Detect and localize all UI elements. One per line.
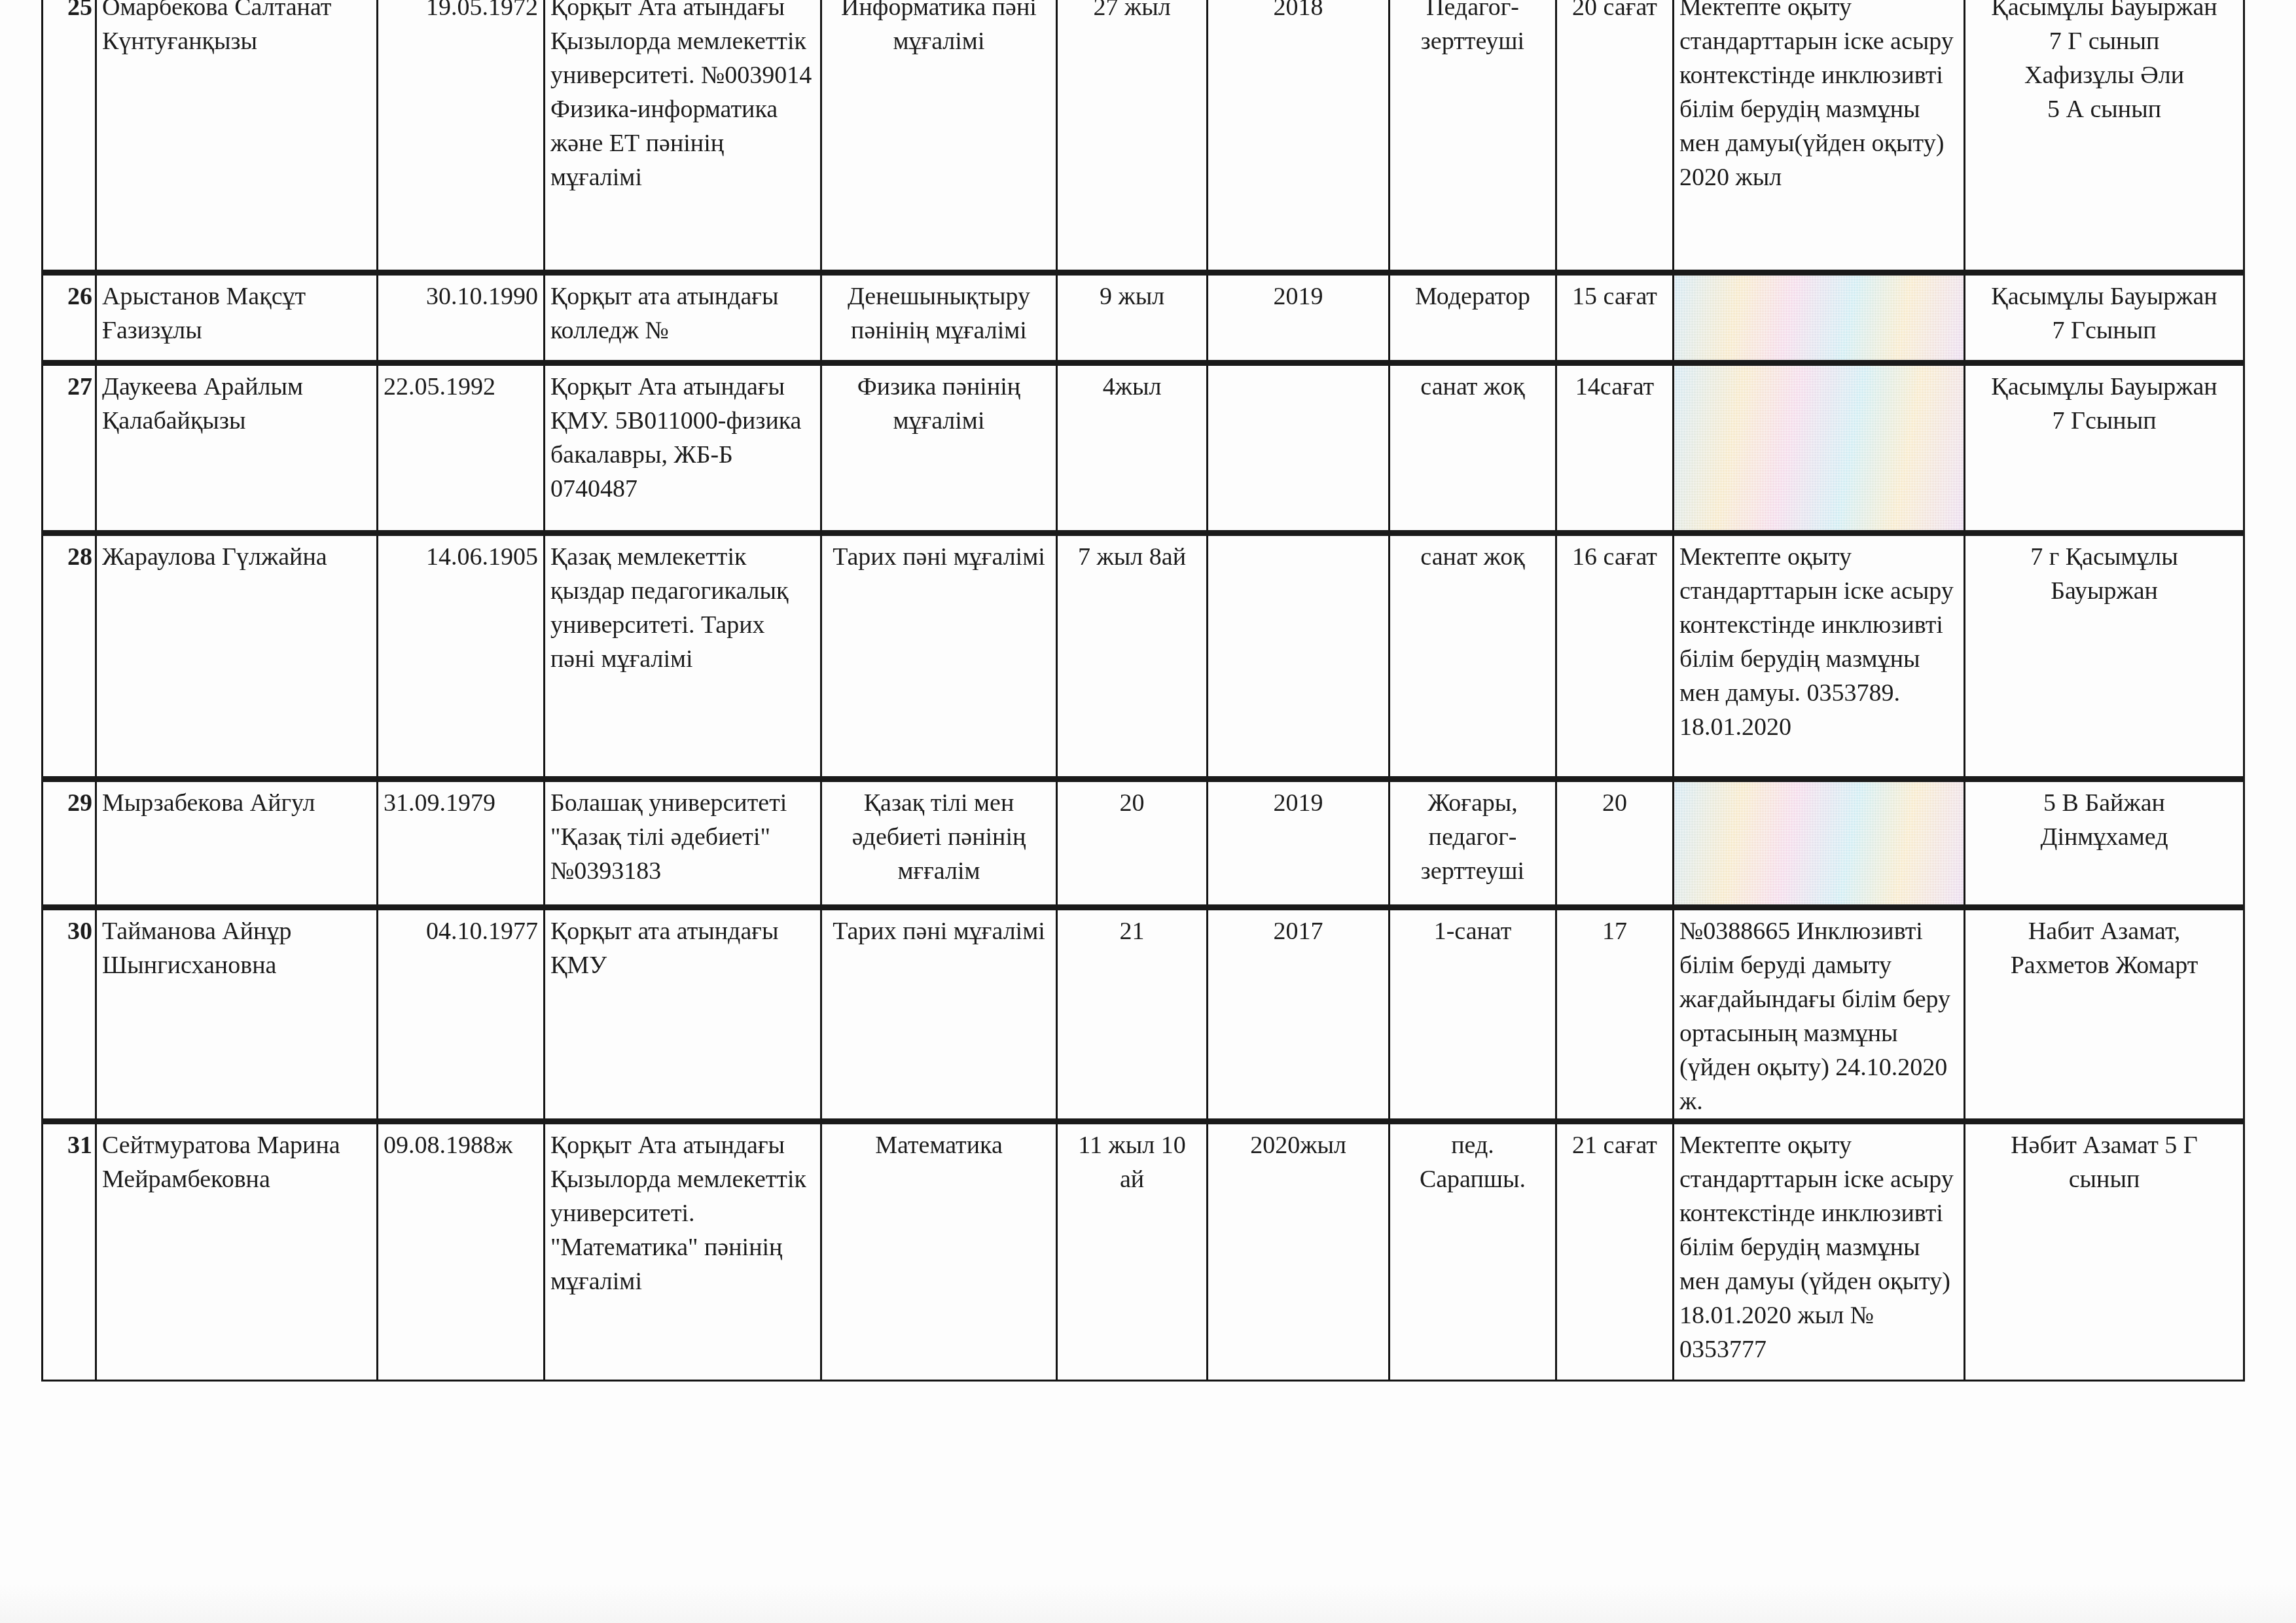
cell-education: Қорқыт ата атындағы колледж № (545, 273, 821, 363)
cell-inclusive-course-empty (1674, 779, 1965, 908)
cell-birth-date: 22.05.1992 (378, 363, 545, 533)
cell-experience: 21 (1057, 908, 1208, 1122)
table-row: 25 Омарбекова Салтанат Күнтуғанқызы 19.0… (43, 0, 2244, 273)
cell-hours: 17 (1556, 908, 1674, 1122)
cell-position: Информатика пәні мұғалімі (821, 0, 1057, 273)
cell-inclusive-course: Мектепте оқыту стандарттарын іске асыру … (1674, 1122, 1965, 1381)
cell-hours: 14сағат (1556, 363, 1674, 533)
cell-education: Қорқыт ата атындағы ҚМУ (545, 908, 821, 1122)
cell-category: санат жоқ (1390, 363, 1556, 533)
cell-teacher-name: Сейтмуратова Марина Мейрамбековна (96, 1122, 378, 1381)
cell-attestation-year (1208, 363, 1390, 533)
cell-attestation-year: 2018 (1208, 0, 1390, 273)
table-row: 30 Тайманова Айнұр Шынгисхановна 04.10.1… (43, 908, 2244, 1122)
cell-assigned-students: 5 В Байжан Дінмұхамед (1965, 779, 2244, 908)
cell-attestation-year (1208, 533, 1390, 779)
cell-experience: 27 жыл (1057, 0, 1208, 273)
cell-birth-date: 09.08.1988ж (378, 1122, 545, 1381)
table-row: 27 Даукеева Арайлым Қалабайқызы 22.05.19… (43, 363, 2244, 533)
cell-position: Денешынықтыру пәнінің мұғалімі (821, 273, 1057, 363)
cell-teacher-name: Омарбекова Салтанат Күнтуғанқызы (96, 0, 378, 273)
cell-hours: 21 сағат (1556, 1122, 1674, 1381)
table-body: 25 Омарбекова Салтанат Күнтуғанқызы 19.0… (43, 0, 2244, 1381)
cell-birth-date: 04.10.1977 (378, 908, 545, 1122)
cell-attestation-year: 2019 (1208, 779, 1390, 908)
cell-inclusive-course: Мектепте оқыту стандарттарын іске асыру … (1674, 533, 1965, 779)
teacher-roster-table: 25 Омарбекова Салтанат Күнтуғанқызы 19.0… (41, 0, 2245, 1382)
cell-category: Модератор (1390, 273, 1556, 363)
cell-hours: 15 сағат (1556, 273, 1674, 363)
cell-birth-date: 30.10.1990 (378, 273, 545, 363)
cell-attestation-year: 2020жыл (1208, 1122, 1390, 1381)
cell-row-number: 27 (43, 363, 96, 533)
cell-education: Болашақ университеті "Қазақ тілі әдебиет… (545, 779, 821, 908)
table-row: 28 Жараулова Гүлжайна 14.06.1905 Қазақ м… (43, 533, 2244, 779)
cell-experience: 4жыл (1057, 363, 1208, 533)
cell-category: Жоғары, педагог-зерттеуші (1390, 779, 1556, 908)
cell-inclusive-course-empty (1674, 363, 1965, 533)
cell-inclusive-course: №0388665 Инклюзивті білім беруді дамыту … (1674, 908, 1965, 1122)
cell-assigned-students: Қасымұлы Бауыржан 7 Г сынып Хафизұлы Әли… (1965, 0, 2244, 273)
cell-assigned-students: Нәбит Азамат 5 Г сынып (1965, 1122, 2244, 1381)
scan-edge-shadow (0, 1584, 2296, 1623)
cell-position: Тарих пәні мұғалімі (821, 908, 1057, 1122)
table-row: 29 Мырзабекова Айгул 31.09.1979 Болашақ … (43, 779, 2244, 908)
scanned-document-page: 25 Омарбекова Салтанат Күнтуғанқызы 19.0… (0, 0, 2296, 1623)
cell-assigned-students: Қасымұлы Бауыржан 7 Гсынып (1965, 273, 2244, 363)
cell-position: Физика пәнінің мұғалімі (821, 363, 1057, 533)
cell-teacher-name: Арыстанов Мақсұт Ғазизұлы (96, 273, 378, 363)
cell-row-number: 30 (43, 908, 96, 1122)
cell-row-number: 28 (43, 533, 96, 779)
cell-birth-date: 14.06.1905 (378, 533, 545, 779)
cell-row-number: 25 (43, 0, 96, 273)
cell-teacher-name: Даукеева Арайлым Қалабайқызы (96, 363, 378, 533)
cell-experience: 7 жыл 8ай (1057, 533, 1208, 779)
cell-category: Педагог-зерттеуші (1390, 0, 1556, 273)
cell-hours: 16 сағат (1556, 533, 1674, 779)
cell-row-number: 29 (43, 779, 96, 908)
table-row: 26 Арыстанов Мақсұт Ғазизұлы 30.10.1990 … (43, 273, 2244, 363)
cell-assigned-students: Қасымұлы Бауыржан 7 Гсынып (1965, 363, 2244, 533)
cell-position: Қазақ тілі мен әдебиеті пәнінің мғғалім (821, 779, 1057, 908)
cell-category: пед. Сарапшы. (1390, 1122, 1556, 1381)
cell-row-number: 26 (43, 273, 96, 363)
cell-birth-date: 19.05.1972 (378, 0, 545, 273)
cell-experience: 11 жыл 10 ай (1057, 1122, 1208, 1381)
cell-inclusive-course-empty (1674, 273, 1965, 363)
cell-teacher-name: Жараулова Гүлжайна (96, 533, 378, 779)
cell-hours: 20 сағат (1556, 0, 1674, 273)
cell-category: санат жоқ (1390, 533, 1556, 779)
cell-birth-date: 31.09.1979 (378, 779, 545, 908)
cell-category: 1-санат (1390, 908, 1556, 1122)
cell-experience: 20 (1057, 779, 1208, 908)
cell-teacher-name: Тайманова Айнұр Шынгисхановна (96, 908, 378, 1122)
cell-assigned-students: 7 г Қасымұлы Бауыржан (1965, 533, 2244, 779)
cell-experience: 9 жыл (1057, 273, 1208, 363)
cell-education: Қорқыт Ата атындағы Қызылорда мемлекетті… (545, 1122, 821, 1381)
cell-education: Қорқыт Ата атындағы Қызылорда мемлекетті… (545, 0, 821, 273)
cell-attestation-year: 2017 (1208, 908, 1390, 1122)
cell-row-number: 31 (43, 1122, 96, 1381)
cell-attestation-year: 2019 (1208, 273, 1390, 363)
table-row: 31 Сейтмуратова Марина Мейрамбековна 09.… (43, 1122, 2244, 1381)
cell-position: Тарих пәні мұғалімі (821, 533, 1057, 779)
cell-education: Қорқыт Ата атындағы ҚМУ. 5В011000-физика… (545, 363, 821, 533)
cell-teacher-name: Мырзабекова Айгул (96, 779, 378, 908)
cell-position: Математика (821, 1122, 1057, 1381)
cell-education: Қазақ мемлекеттік қыздар педагогикалық у… (545, 533, 821, 779)
cell-assigned-students: Набит Азамат, Рахметов Жомарт (1965, 908, 2244, 1122)
cell-hours: 20 (1556, 779, 1674, 908)
cell-inclusive-course: Мектепте оқыту стандарттарын іске асыру … (1674, 0, 1965, 273)
